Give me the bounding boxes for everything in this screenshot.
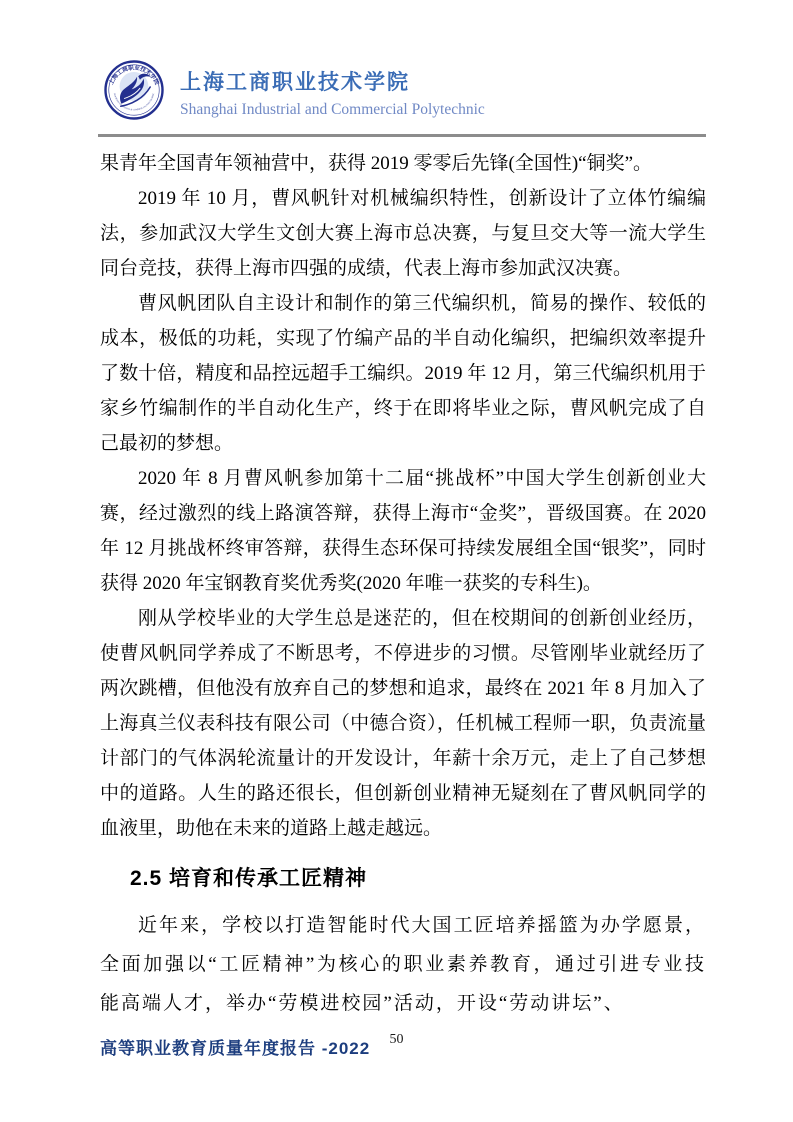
school-logo: 上海工商职业技术学院 SHANGHAI INDUSTRIAL & COMMERC… <box>104 60 164 120</box>
school-name-chinese: 上海工商职业技术学院 <box>180 66 485 96</box>
page-number: 50 <box>0 1032 793 1048</box>
page-footer: 高等职业教育质量年度报告 -2022 50 <box>0 1032 793 1062</box>
school-logo-icon: 上海工商职业技术学院 SHANGHAI INDUSTRIAL & COMMERC… <box>104 60 164 120</box>
paragraph: 近年来，学校以打造智能时代大国工匠培养摇篮为办学愿景，全面加强以“工匠精神”为核… <box>100 906 706 1023</box>
paragraph: 刚从学校毕业的大学生总是迷茫的，但在校期间的创新创业经历，使曹风帆同学养成了不断… <box>100 601 706 846</box>
school-name-english: Shanghai Industrial and Commercial Polyt… <box>180 101 485 119</box>
paragraph: 曹风帆团队自主设计和制作的第三代编织机，简易的操作、较低的成本，极低的功耗，实现… <box>100 286 706 461</box>
page-header: 上海工商职业技术学院 SHANGHAI INDUSTRIAL & COMMERC… <box>104 60 485 120</box>
paragraph-continuation: 果青年全国青年领袖营中，获得 2019 零零后先锋(全国性)“铜奖”。 <box>100 146 706 181</box>
paragraph: 2019 年 10 月，曹风帆针对机械编织特性，创新设计了立体竹编编法，参加武汉… <box>100 181 706 286</box>
paragraph: 2020 年 8 月曹风帆参加第十二届“挑战杯”中国大学生创新创业大赛，经过激烈… <box>100 461 706 601</box>
header-divider <box>98 134 706 137</box>
document-page: 上海工商职业技术学院 SHANGHAI INDUSTRIAL & COMMERC… <box>0 0 793 1122</box>
section-heading: 2.5 培育和传承工匠精神 <box>100 862 706 892</box>
school-titles: 上海工商职业技术学院 Shanghai Industrial and Comme… <box>180 60 485 119</box>
page-body: 果青年全国青年领袖营中，获得 2019 零零后先锋(全国性)“铜奖”。 2019… <box>100 146 706 1023</box>
